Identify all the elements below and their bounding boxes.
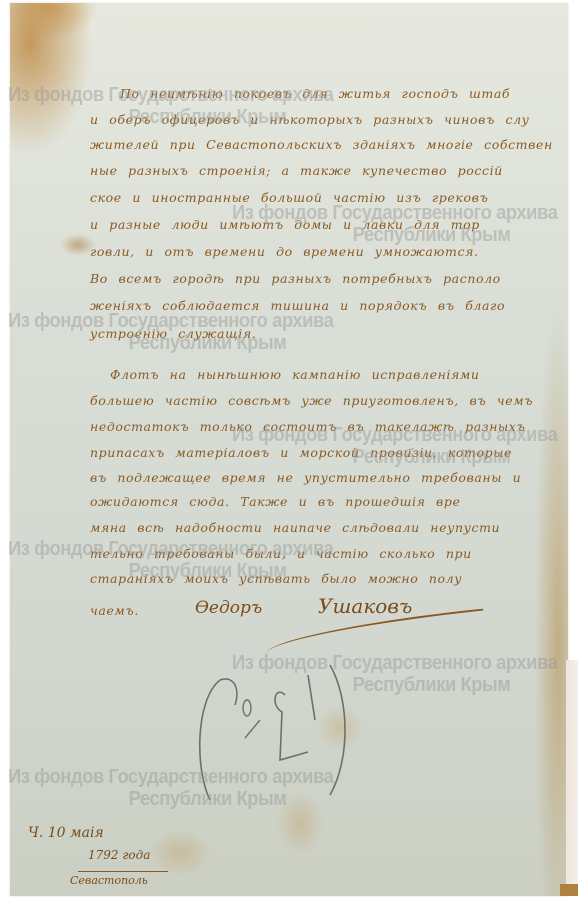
body-line: ные разныхъ строенія; а также купечество… — [90, 163, 503, 178]
watermark-line1: Из фондов Государственного архива — [8, 766, 333, 788]
watermark-line2: Республики Крым — [8, 560, 333, 582]
watermark-line2: Республики Крым — [8, 106, 333, 128]
body-line: Во всемъ городѣ при разныхъ потребныхъ р… — [90, 271, 501, 286]
watermark-line1: Из фондов Государственного архива — [232, 424, 557, 446]
body-line: большею частію совсѣмъ уже приуготовленъ… — [90, 393, 533, 408]
watermark-line2: Республики Крым — [232, 224, 557, 246]
archive-watermark: Из фондов Государственного архива Респуб… — [232, 652, 557, 696]
watermark-line1: Из фондов Государственного архива — [8, 84, 333, 106]
body-line: говли, и отъ времени до времени умножают… — [90, 244, 479, 259]
watermark-line2: Республики Крым — [8, 788, 333, 810]
body-line: чаемъ. — [90, 603, 139, 618]
archive-watermark: Из фондов Государственного архива Респуб… — [232, 202, 557, 246]
footer-date: Ч. 10 маія — [28, 825, 104, 841]
footer-year: 1792 года — [88, 848, 150, 862]
watermark-line2: Республики Крым — [232, 446, 557, 468]
watermark-line1: Из фондов Государственного архива — [8, 310, 333, 332]
body-line: жителей при Севастопольскихъ зданіяхъ мн… — [90, 137, 553, 152]
watermark-line2: Республики Крым — [8, 332, 333, 354]
signature-last-name: Ушаковъ — [318, 594, 412, 618]
archive-watermark: Из фондов Государственного архива Респуб… — [232, 424, 557, 468]
watermark-line1: Из фондов Государственного архива — [232, 202, 557, 224]
watermark-line1: Из фондов Государственного архива — [8, 538, 333, 560]
archive-watermark: Из фондов Государственного архива Респуб… — [8, 310, 333, 354]
footer-rule — [78, 871, 168, 872]
archive-watermark: Из фондов Государственного архива Респуб… — [8, 538, 333, 582]
body-line: мяна всѣ надобности наипаче слѣдовали не… — [90, 520, 500, 535]
body-line: въ подлежащее время не упустительно треб… — [90, 470, 521, 485]
body-line: Флотъ на нынѣшнюю кампанію исправленіями — [110, 367, 480, 382]
archive-watermark: Из фондов Государственного архива Респуб… — [8, 766, 333, 810]
corner-stain — [560, 884, 578, 896]
page-edge-strip — [566, 660, 578, 896]
archive-watermark: Из фондов Государственного архива Респуб… — [8, 84, 333, 128]
signature-first-name: Ѳедоръ — [195, 598, 262, 618]
watermark-line2: Республики Крым — [232, 674, 557, 696]
footer-place: Севастополь — [70, 874, 148, 887]
body-line: ожидаются сюда. Также и въ прошедшія вре — [90, 494, 461, 509]
watermark-line1: Из фондов Государственного архива — [232, 652, 557, 674]
